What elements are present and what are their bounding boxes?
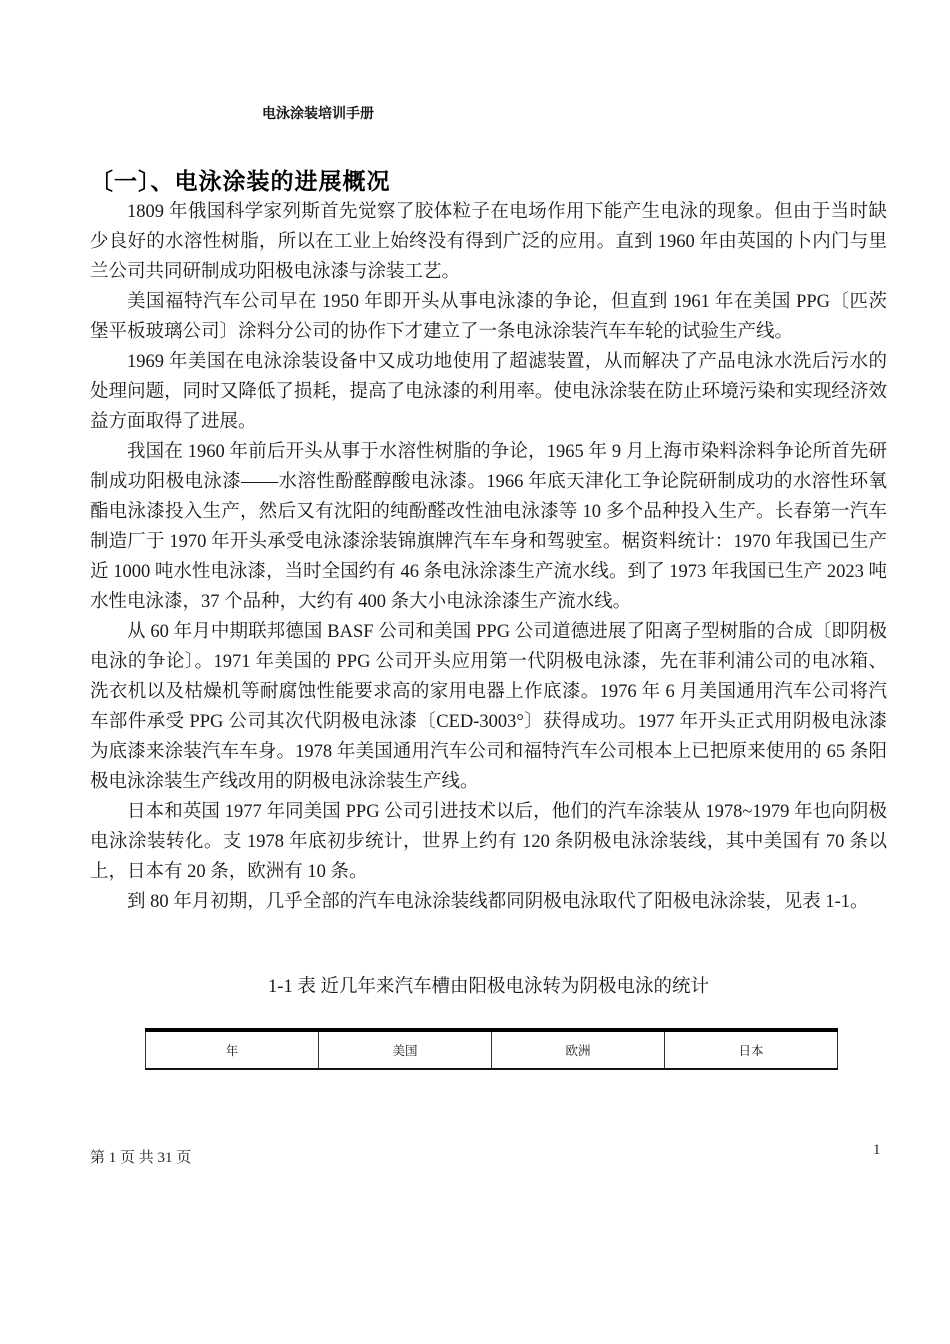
table-header-japan: 日本 — [665, 1030, 838, 1069]
table-caption: 1-1 表 近几年来汽车槽由阳极电泳转为阴极电泳的统计 — [90, 972, 887, 998]
paragraph: 1969 年美国在电泳涂装设备中又成功地使用了超滤装置，从而解决了产品电泳水洗后… — [90, 347, 887, 437]
table-header-row: 年 美国 欧洲 日本 — [146, 1030, 838, 1069]
paragraph: 日本和英国 1977 年同美国 PPG 公司引进技术以后，他们的汽车涂装从 19… — [90, 797, 887, 887]
paragraph: 我国在 1960 年前后开头从事于水溶性树脂的争论，1965 年 9 月上海市染… — [90, 437, 887, 617]
document-page: 电泳涂装培训手册 〔一〕、电泳涂装的进展概况 1809 年俄国科学家列斯首先觉察… — [0, 0, 950, 1344]
document-header-title: 电泳涂装培训手册 — [262, 103, 374, 123]
table-header-year: 年 — [146, 1030, 319, 1069]
paragraph: 从 60 年月中期联邦德国 BASF 公司和美国 PPG 公司道德进展了阳离子型… — [90, 617, 887, 797]
table-header-europe: 欧洲 — [492, 1030, 665, 1069]
paragraph: 1809 年俄国科学家列斯首先觉察了胶体粒子在电场作用下能产生电泳的现象。但由于… — [90, 197, 887, 287]
paragraph: 到 80 年月初期，几乎全部的汽车电泳涂装线都同阴极电泳取代了阳极电泳涂装，见表… — [90, 887, 887, 917]
footer-page-number: 1 — [873, 1142, 881, 1159]
stat-table: 年 美国 欧洲 日本 — [145, 1028, 838, 1070]
body-text: 1809 年俄国科学家列斯首先觉察了胶体粒子在电场作用下能产生电泳的现象。但由于… — [90, 197, 887, 917]
paragraph: 美国福特汽车公司早在 1950 年即开头从事电泳漆的争论，但直到 1961 年在… — [90, 287, 887, 347]
footer-page-indicator: 第 1 页 共 31 页 — [90, 1146, 191, 1167]
table-header-usa: 美国 — [319, 1030, 492, 1069]
section-heading: 〔一〕、电泳涂装的进展概况 — [90, 163, 890, 196]
